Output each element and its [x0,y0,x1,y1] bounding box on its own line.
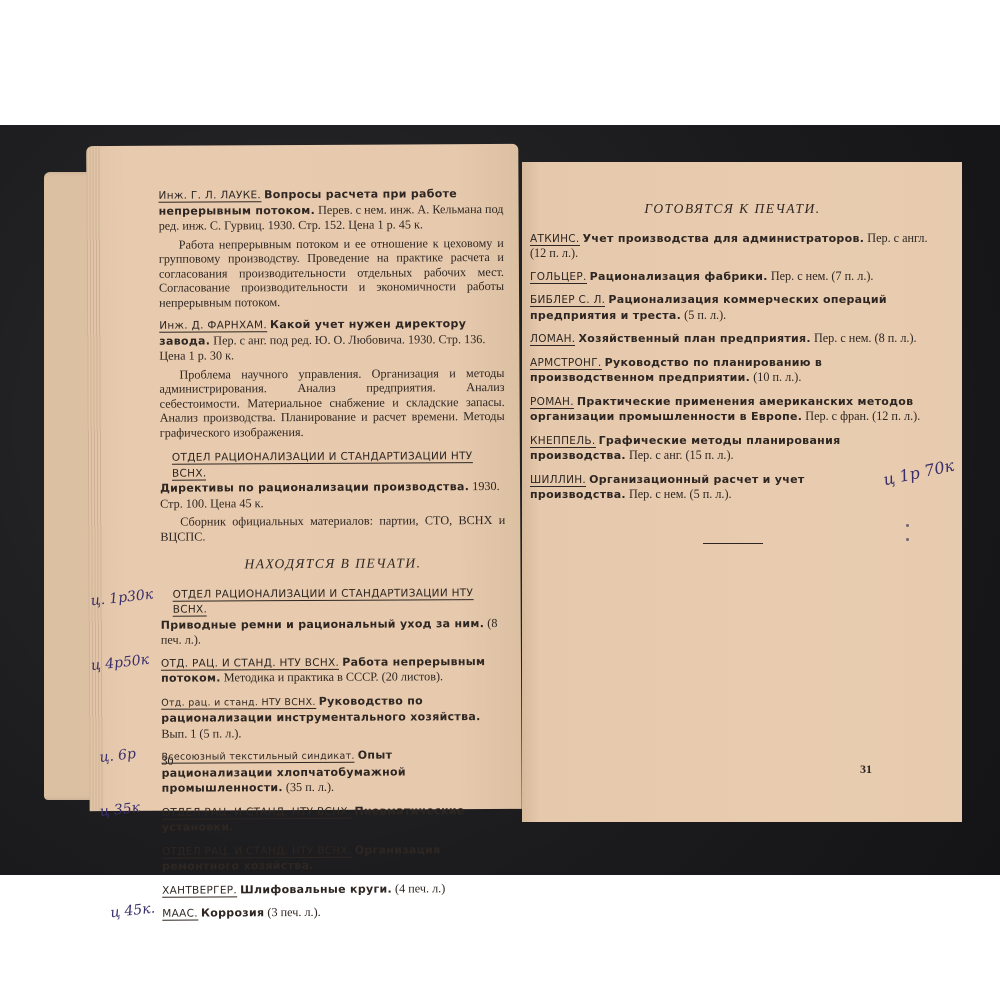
entry-details: Пер. с нем. (5 п. л.). [629,487,732,501]
entry-author: Всесоюзный текстильный синдикат. [161,751,354,764]
entry-description: Сборник официальных материалов: партии, … [160,513,505,544]
entry-details: (4 печ. л.) [395,881,445,895]
page-number-left: 30 [161,754,173,769]
section-divider-rule [703,543,763,544]
forthcoming-entry: ГОЛЬЦЕР. Рационализация фабрики. Пер. с … [530,269,935,285]
in-print-entry: ХАНТВЕРГЕР. Шлифовальные круги. (4 печ. … [162,880,507,897]
handwritten-price: ц. 6р [99,747,137,765]
entry-details: (5 п. л.). [684,308,726,322]
section-heading-in-print: НАХОДЯТСЯ В ПЕЧАТИ. [160,556,505,572]
in-print-entry: ОТДЕЛ РАЦИОНАЛИЗАЦИИ И СТАНДАРТИЗАЦИИ НТ… [161,584,506,647]
entry-author: АТКИНС. [530,233,580,246]
in-print-entry: ОТД. РАЦ. И СТАНД. НТУ ВСНХ. Работа непр… [161,653,506,686]
section-heading-forthcoming: ГОТОВЯТСЯ К ПЕЧАТИ. [530,202,935,217]
forthcoming-entry: РОМАН. Практические применения американс… [530,394,935,425]
forthcoming-entry: БИБЛЕР С. Л. Рационализация коммерческих… [530,292,935,323]
entry-author: ОТД. РАЦ. И СТАНД. НТУ ВСНХ. [161,656,339,670]
right-page: ГОТОВЯТСЯ К ПЕЧАТИ. АТКИНС. Учет произво… [522,162,962,822]
book-entry: Инж. Г. Л. ЛАУКЕ. Вопросы расчета при ра… [158,186,504,310]
entry-title: Шлифовальные круги. [240,882,392,896]
entry-details: (35 п. л.). [286,780,334,794]
entry-details: Пер. с фран. (12 п. л.). [805,409,920,423]
in-print-entry: ОТДЕЛ РАЦ. И СТАНД. НТУ ВСНХ. Пневматиче… [162,802,507,835]
entry-description: Проблема научного управления. Организаци… [159,365,504,439]
entry-author: Отд. рац. и станд. НТУ ВСНХ. [161,696,316,709]
entry-title: Учет производства для администраторов. [583,232,865,245]
entry-title: Коррозия [201,906,264,919]
entry-author: ОТДЕЛ РАЦИОНАЛИЗАЦИИ И СТАНДАРТИЗАЦИИ НТ… [173,587,474,617]
entry-details: Пер. с нем. (8 п. л.). [814,331,917,345]
page-number-right: 31 [860,762,872,777]
forthcoming-entry: АТКИНС. Учет производства для администра… [530,231,935,261]
entry-author: ЛОМАН. [530,333,575,346]
entry-author: РОМАН. [530,396,574,409]
left-page-content: Инж. Г. Л. ЛАУКЕ. Вопросы расчета при ра… [158,186,507,929]
ink-spot [906,538,909,541]
handwritten-price: ц 45к. [110,901,156,920]
forthcoming-entry: КНЕППЕЛЬ. Графические методы планировани… [530,433,935,464]
entry-author: БИБЛЕР С. Л. [530,294,605,307]
entry-title: Директивы по рационализации производства… [160,480,469,495]
in-print-entry: Отд. рац. и станд. НТУ ВСНХ. Руководство… [161,692,506,740]
entry-author: ОТДЕЛ РАЦ. И СТАНД. НТУ ВСНХ. [162,805,352,819]
entry-details: (3 печ. л.). [267,905,320,919]
entry-details: Вып. 1 (5 п. л.). [161,726,241,740]
entry-details: Пер. с нем. (7 п. л.). [771,269,874,283]
entry-details: Методика и практика в СССР. (20 листов). [224,669,443,684]
handwritten-price: ц 35к [99,800,141,819]
in-print-entry: Всесоюзный текстильный синдикат. Опыт ра… [161,747,506,796]
right-page-content: ГОТОВЯТСЯ К ПЕЧАТИ. АТКИНС. Учет произво… [530,202,935,544]
entry-description: Работа непрерывным потоком и ее отношени… [159,235,504,309]
entry-author: ОТДЕЛ РАЦ. И СТАНД. НТУ ВСНХ. [162,844,352,858]
entry-author: Инж. Г. Л. ЛАУКЕ. [158,189,261,203]
left-page: Инж. Г. Л. ЛАУКЕ. Вопросы расчета при ра… [86,144,521,811]
entry-author: Инж. Д. ФАРНХАМ. [159,319,267,333]
in-print-entry: ОТДЕЛ РАЦ. И СТАНД. НТУ ВСНХ. Организаци… [162,841,507,874]
book-entry: Инж. Д. ФАРНХАМ. Какой учет нужен директ… [159,316,505,440]
entry-author: ГОЛЬЦЕР. [530,271,587,284]
ink-spot [906,524,909,527]
forthcoming-entry: ШИЛЛИН. Организационный расчет и учет пр… [530,472,935,503]
forthcoming-entry: ЛОМАН. Хозяйственный план предприятия. П… [530,331,935,347]
entry-details: (10 п. л.). [753,370,801,384]
entry-title: Рационализация фабрики. [590,270,768,283]
entry-title: Приводные ремни и рациональный уход за н… [161,617,484,632]
book-entry: ОТДЕЛ РАЦИОНАЛИЗАЦИИ И СТАНДАРТИЗАЦИИ НТ… [160,448,505,544]
entry-author: МААС. [162,908,198,921]
forthcoming-entry: АРМСТРОНГ. Руководство по планированию в… [530,355,935,386]
entry-author: ОТДЕЛ РАЦИОНАЛИЗАЦИИ И СТАНДАРТИЗАЦИИ НТ… [172,450,473,480]
entry-author: ШИЛЛИН. [530,474,586,487]
entry-author: КНЕППЕЛЬ. [530,435,596,448]
page-stack-edge [86,146,103,811]
entry-details: Пер. с анг. (15 п. л.). [629,448,734,462]
entry-title: Хозяйственный план предприятия. [578,332,810,345]
in-print-entry: МААС. Коррозия (3 печ. л.). ц 45к. [162,904,507,921]
entry-author: ХАНТВЕРГЕР. [162,884,237,897]
entry-author: АРМСТРОНГ. [530,357,602,370]
